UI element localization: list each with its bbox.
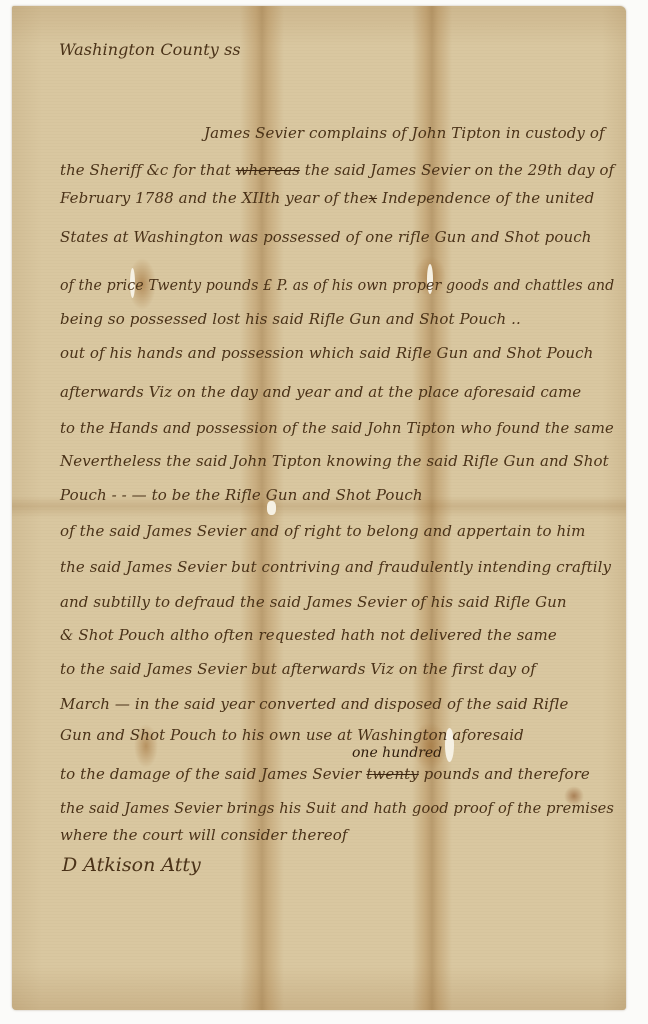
text-line-15: & Shot Pouch altho often requested hath … [60, 626, 557, 644]
text-line-5: of the price Twenty pounds £ P. as of hi… [60, 276, 614, 294]
struck-word: twenty [366, 765, 419, 783]
text-line-16: to the said James Sevier but afterwards … [60, 660, 536, 678]
text-line-8: afterwards Viz on the day and year and a… [60, 383, 581, 401]
text-line-11: Pouch - - — to be the Rifle Gun and Shot… [60, 486, 423, 504]
text-line-17: March — in the said year converted and d… [60, 695, 569, 713]
text-line-13: the said James Sevier but contriving and… [60, 558, 611, 576]
text-line-19: to the damage of the said James Sevier t… [60, 765, 590, 783]
struck-word: x [369, 189, 378, 207]
attorney-signature: D Atkison Atty [62, 854, 201, 876]
text-line-4: States at Washington was possessed of on… [60, 228, 592, 246]
document-heading: Washington County ss [59, 40, 241, 59]
text-line-14: and subtilly to defraud the said James S… [60, 593, 567, 611]
text-line-7: out of his hands and possession which sa… [60, 344, 593, 362]
struck-word: whereas [236, 161, 300, 179]
text-line-2: the Sheriff &c for that whereas the said… [60, 161, 614, 179]
text-line-12: of the said James Sevier and of right to… [60, 522, 585, 540]
manuscript-page: Washington County ss James Sevier compla… [12, 6, 626, 1010]
text-line-9: to the Hands and possession of the said … [60, 419, 614, 437]
text-line-6: being so possessed lost his said Rifle G… [60, 310, 521, 328]
text-line-21: where the court will consider thereof [60, 826, 347, 844]
text-line-3: February 1788 and the XIIth year of thex… [60, 189, 594, 207]
text-line-20: the said James Sevier brings his Suit an… [60, 799, 614, 817]
text-line-1: James Sevier complains of John Tipton in… [204, 124, 605, 142]
text-line-18: Gun and Shot Pouch to his own use at Was… [60, 726, 524, 744]
interlinear-insertion: one hundred [352, 745, 442, 761]
text-line-10: Nevertheless the said John Tipton knowin… [60, 452, 609, 470]
